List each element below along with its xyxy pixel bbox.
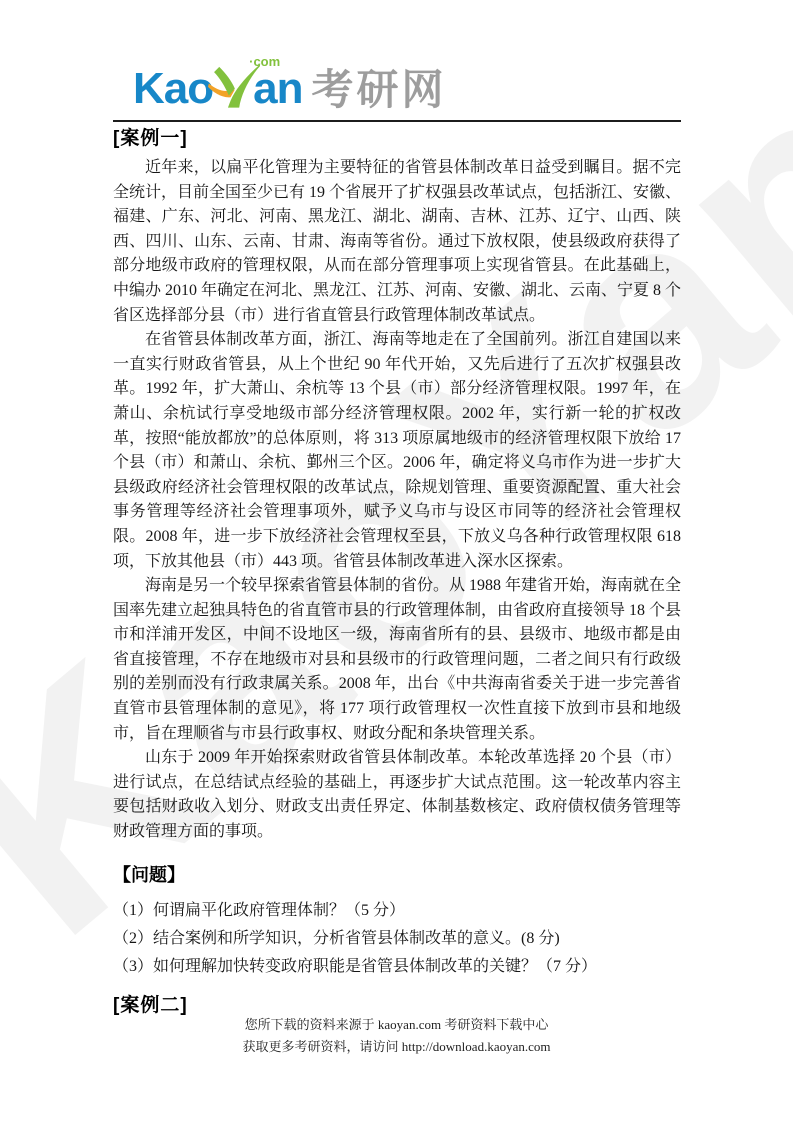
- questions-list: （1）何谓扁平化政府管理体制？（5 分） （2）结合案例和所学知识，分析省管县体…: [113, 897, 681, 981]
- question-item-2: （2）结合案例和所学知识，分析省管县体制改革的意义。(8 分): [113, 925, 681, 953]
- logo-text-kao: Kao: [133, 68, 213, 110]
- logo-text-cn: 考研网: [311, 70, 446, 110]
- logo-text-com: ·com: [249, 54, 280, 69]
- question-item-3: （3）如何理解加快转变政府职能是省管县体制改革的关键？（7 分）: [113, 953, 681, 981]
- case1-paragraph-3: 海南是另一个较早探索省管县体制的省份。从 1988 年建省开始，海南就在全国率先…: [113, 574, 681, 746]
- logo-text-an: an: [253, 64, 302, 113]
- case1-body: 近年来，以扁平化管理为主要特征的省管县体制改革日益受到瞩目。据不完全统计，目前全…: [113, 156, 681, 845]
- header-divider: [113, 120, 681, 122]
- logo-an-group: ·com an: [253, 68, 302, 110]
- case1-paragraph-2: 在省管县体制改革方面，浙江、海南等地走在了全国前列。浙江自建国以来一直实行财政省…: [113, 328, 681, 574]
- case1-paragraph-4: 山东于 2009 年开始探索财政省管县体制改革。本轮改革选择 20 个县（市）进…: [113, 746, 681, 844]
- kaoyan-logo: Kao ·com an 考研网: [133, 56, 681, 110]
- question-item-1: （1）何谓扁平化政府管理体制？（5 分）: [113, 897, 681, 925]
- page-footer: 您所下载的资料来源于 kaoyan.com 考研资料下载中心 获取更多考研资料，…: [0, 1014, 793, 1058]
- page-content: Kao ·com an 考研网 [案例一] 近年来，以扁平化管理为主要特征的省管…: [0, 0, 793, 1017]
- questions-heading: 【问题】: [113, 863, 681, 887]
- footer-line-2: 获取更多考研资料，请访问 http://download.kaoyan.com: [0, 1036, 793, 1058]
- document-page: KaoYan Kao ·com an 考研网 [案例一] 近年来，以扁平化管理为…: [0, 0, 793, 1122]
- footer-line-1: 您所下载的资料来源于 kaoyan.com 考研资料下载中心: [0, 1014, 793, 1036]
- case1-heading: [案例一]: [113, 128, 681, 150]
- case1-paragraph-1: 近年来，以扁平化管理为主要特征的省管县体制改革日益受到瞩目。据不完全统计，目前全…: [113, 156, 681, 328]
